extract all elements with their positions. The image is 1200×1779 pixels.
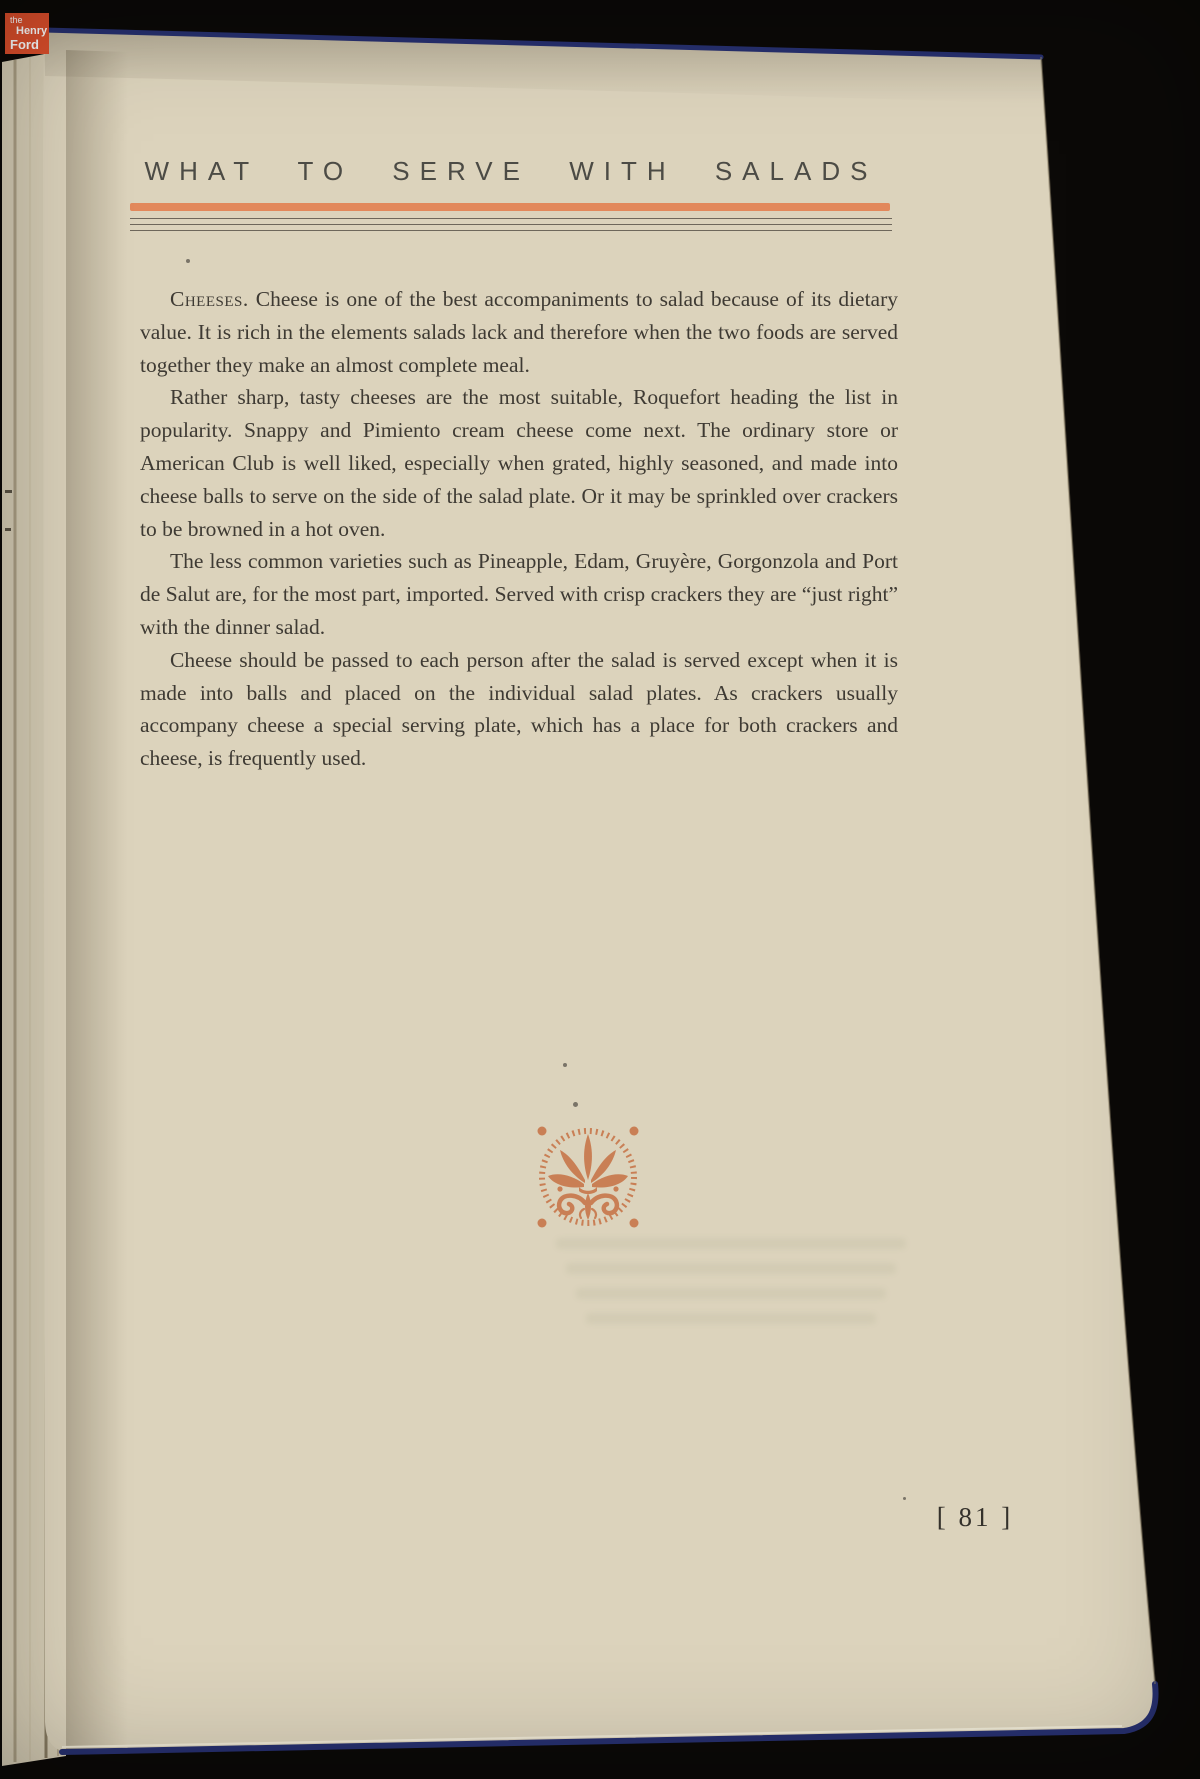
dust-speck [186,259,190,263]
palmette-ornament [534,1123,642,1231]
lead-word: Cheeses. [170,287,249,311]
paragraph-cheeses-text: Cheese is one of the best accompaniments… [140,287,898,377]
thin-rule [130,224,892,225]
paragraph-serving: Cheese should be passed to each person a… [140,644,898,775]
logo-line-the: the [10,16,49,25]
henry-ford-logo: the Henry Ford [5,13,49,54]
paragraph-sharp-cheeses: Rather sharp, tasty cheeses are the most… [140,381,898,545]
palmette-ornament-icon [534,1123,642,1231]
dust-speck [573,1102,578,1107]
logo-line-ford: Ford [10,38,49,51]
thin-rule [130,218,892,219]
ink-showthrough [566,1263,896,1274]
dust-speck [903,1497,906,1500]
paragraph-cheeses: Cheeses. Cheese is one of the best accom… [140,283,898,381]
ink-showthrough [586,1313,876,1324]
ink-showthrough [556,1238,906,1249]
thin-rules [130,218,892,236]
page-title: WHAT TO SERVE WITH SALADS [132,156,890,187]
orange-rule [130,203,890,211]
logo-line-henry: Henry [16,26,49,37]
ink-showthrough [576,1288,886,1299]
thin-rule [130,230,892,231]
paragraph-imported-varieties: The less common varieties such as Pineap… [140,545,898,643]
scanned-book-page: the Henry Ford WHAT TO SERVE WITH SALADS… [0,0,1200,1779]
dust-speck [563,1063,567,1067]
page-number: [ 81 ] [920,1502,1030,1533]
body-text: Cheeses. Cheese is one of the best accom… [140,283,898,775]
